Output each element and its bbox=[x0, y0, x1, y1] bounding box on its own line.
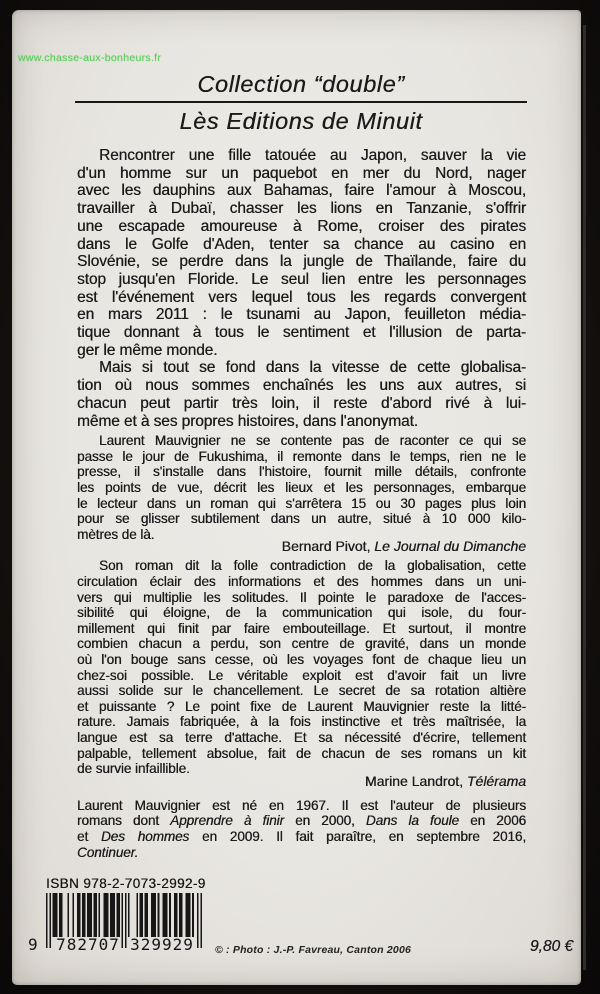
paragraph: Son roman dit la folle contradiction de … bbox=[77, 558, 526, 776]
text-line: une escapade amoureuse à Rome, croiser d… bbox=[77, 218, 526, 236]
isbn-text: ISBN 978-2-7073-2992-9 bbox=[46, 876, 206, 891]
photo-credit: © : Photo : J.-P. Favreau, Canton 2006 bbox=[215, 944, 411, 956]
text-line: dans le Golfe d'Aden, tenter sa chance a… bbox=[77, 236, 526, 254]
text-line: et Des hommes en 2009. Il fait paraître,… bbox=[77, 829, 526, 845]
text-line: travailler à Dubaï, chasser les lions en… bbox=[77, 200, 526, 218]
price-label: 9,80 € bbox=[530, 938, 573, 956]
barcode-first-digit: 9 bbox=[28, 935, 38, 954]
text-line: Rencontrer une fille tatouée au Japon, s… bbox=[77, 147, 526, 165]
text-line: combien chacun a perdu, son centre de gr… bbox=[77, 636, 526, 652]
text-line: Laurent Mauvignier ne se contente pas de… bbox=[77, 433, 526, 449]
barcode-left-digits: 782707 bbox=[54, 935, 122, 954]
text-line: vers qui multiplie les solitudes. Il poi… bbox=[77, 590, 526, 606]
text-line: tion où nous sommes enchaînés les uns au… bbox=[77, 377, 526, 395]
barcode-right-digits: 329929 bbox=[128, 935, 196, 954]
text-line: en mars 2011 : le tsunami au Japon, feui… bbox=[77, 306, 526, 324]
publisher-name: Lès Editions de Minuit bbox=[75, 107, 527, 135]
text-line: Mais si tout se fond dans la vitesse de … bbox=[77, 359, 526, 377]
text-line: chez-soi possible. Le véritable exploit … bbox=[77, 668, 526, 684]
paragraph: Laurent Mauvignier ne se contente pas de… bbox=[77, 433, 526, 542]
text-line: avec les dauphins aux Bahamas, faire l'a… bbox=[77, 182, 526, 200]
text-line: Slovénie, se perdre dans la jungle de Th… bbox=[77, 253, 526, 271]
text-line: les points de vue, décrit les lieux et l… bbox=[77, 480, 526, 496]
text-line: langue est sa terre d'attache. Et sa néc… bbox=[77, 730, 526, 746]
paragraph: Laurent Mauvignier est né en 1967. Il es… bbox=[77, 798, 526, 860]
text-line: tique donnant à tous le sentiment et l'i… bbox=[77, 324, 526, 342]
text-line: où l'on bouge sans cesse, où les voyages… bbox=[77, 652, 526, 668]
publisher-header: Collection “double” Lès Editions de Minu… bbox=[75, 70, 527, 135]
text-line: et puissante ? Le point fixe de Laurent … bbox=[77, 699, 526, 715]
ean13-barcode: 9 782707 329929 bbox=[28, 893, 223, 968]
text-line: stop jusqu'en Floride. Le seul lien entr… bbox=[77, 271, 526, 289]
text-line: même et à ses propres histoires, dans l'… bbox=[77, 413, 526, 431]
book-back-cover: www.chasse-aux-bonheurs.fr Collection “d… bbox=[12, 10, 581, 985]
paragraph: Rencontrer une fille tatouée au Japon, s… bbox=[77, 147, 526, 359]
text-line: passe le jour de Fukushima, il remonte d… bbox=[77, 449, 526, 465]
text-line: rature. Jamais fabriquée, à la fois inst… bbox=[77, 714, 526, 730]
text-line: est l'événement vers lequel tous les reg… bbox=[77, 289, 526, 307]
text-line: chacun peut partir très loin, il reste d… bbox=[77, 395, 526, 413]
text-line: Continuer. bbox=[77, 845, 526, 861]
scan-edge-highlight bbox=[583, 25, 586, 970]
text-line: palpable, tellement absolue, fait de cha… bbox=[77, 746, 526, 762]
watermark-url: www.chasse-aux-bonheurs.fr bbox=[18, 52, 161, 64]
paragraph: Mais si tout se fond dans la vitesse de … bbox=[77, 359, 526, 430]
text-line: romans dont Apprendre à finir en 2000, D… bbox=[77, 813, 526, 829]
collection-title: Collection “double” bbox=[75, 70, 527, 98]
text-line: circulation éclair des informations et d… bbox=[77, 574, 526, 590]
back-cover-text: Rencontrer une fille tatouée au Japon, s… bbox=[77, 147, 526, 860]
header-divider bbox=[75, 101, 527, 103]
text-line: pour se glisser subtilement dans un autr… bbox=[77, 511, 526, 527]
text-line: d'un homme sur un paquebot en mer du Nor… bbox=[77, 165, 526, 183]
text-line: Laurent Mauvignier est né en 1967. Il es… bbox=[77, 798, 526, 814]
text-line: presse, il s'installe dans l'histoire, f… bbox=[77, 464, 526, 480]
text-line: sibilité qui éloigne, de la communicatio… bbox=[77, 605, 526, 621]
text-line: Son roman dit la folle contradiction de … bbox=[77, 558, 526, 574]
text-line: ger le même monde. bbox=[77, 342, 526, 360]
text-line: millement qui finit par faire embouteill… bbox=[77, 621, 526, 637]
text-line: le lecteur dans un roman qui s'arrêtera … bbox=[77, 496, 526, 512]
text-line: aussi solide sur le chancellement. Le se… bbox=[77, 683, 526, 699]
